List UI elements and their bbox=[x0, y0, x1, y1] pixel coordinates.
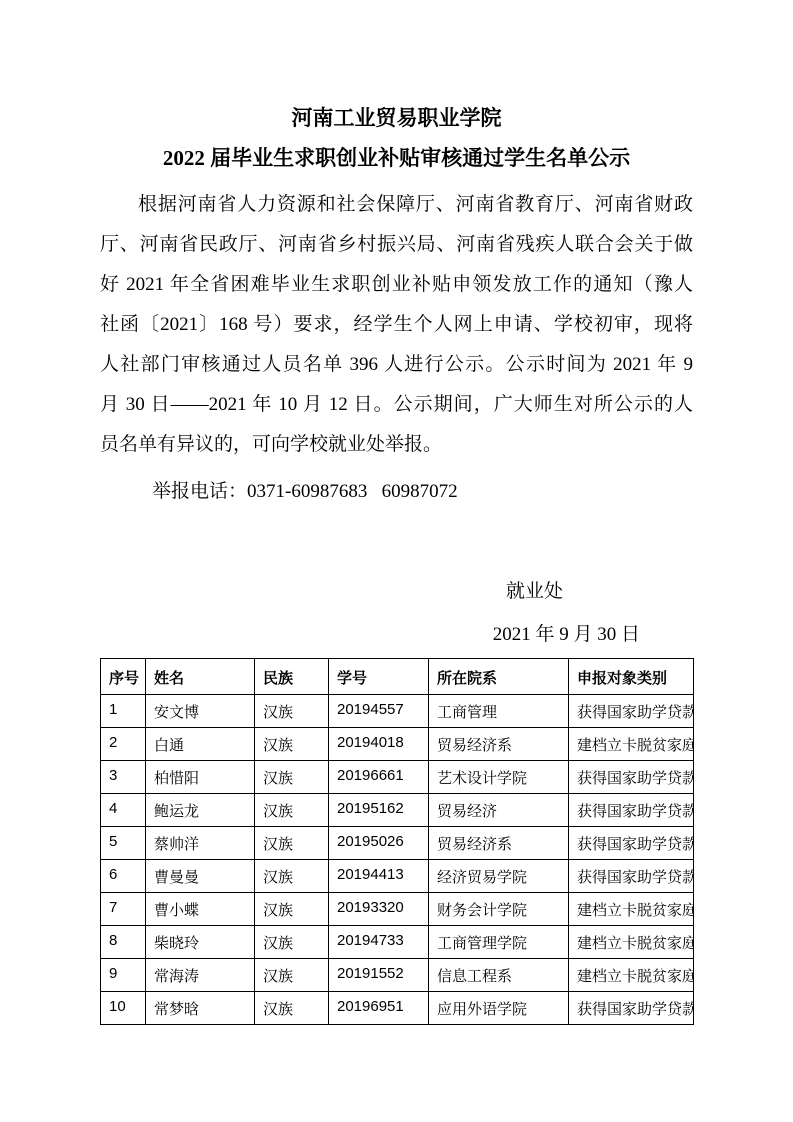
column-header: 所在院系 bbox=[429, 659, 569, 695]
cell-category: 获得国家助学贷款 bbox=[569, 992, 694, 1025]
cell-department: 财务会计学院 bbox=[429, 893, 569, 926]
signature-office: 就业处 bbox=[100, 572, 693, 612]
document-title: 河南工业贸易职业学院 bbox=[100, 0, 693, 138]
table-row: 10常梦晗汉族20196951应用外语学院获得国家助学贷款 bbox=[101, 992, 694, 1025]
document-subtitle: 2022 届毕业生求职创业补贴审核通过学生名单公示 bbox=[100, 138, 693, 178]
table-row: 3柏惜阳汉族20196661艺术设计学院获得国家助学贷款 bbox=[101, 761, 694, 794]
cell-index: 5 bbox=[101, 827, 146, 860]
cell-ethnicity: 汉族 bbox=[255, 860, 329, 893]
cell-student-id: 20194413 bbox=[329, 860, 429, 893]
column-header: 申报对象类别 bbox=[569, 659, 694, 695]
cell-ethnicity: 汉族 bbox=[255, 728, 329, 761]
cell-student-id: 20196661 bbox=[329, 761, 429, 794]
cell-student-id: 20195162 bbox=[329, 794, 429, 827]
cell-student-id: 20194733 bbox=[329, 926, 429, 959]
cell-ethnicity: 汉族 bbox=[255, 761, 329, 794]
cell-department: 经济贸易学院 bbox=[429, 860, 569, 893]
body-line: 社函〔2021〕168 号）要求，经学生个人网上申请、学校初审，现将 bbox=[100, 305, 693, 345]
table-body: 1安文博汉族20194557工商管理获得国家助学贷款2白通汉族20194018贸… bbox=[101, 695, 694, 1025]
cell-name: 鲍运龙 bbox=[146, 794, 255, 827]
cell-student-id: 20191552 bbox=[329, 959, 429, 992]
cell-category: 获得国家助学贷款 bbox=[569, 860, 694, 893]
cell-ethnicity: 汉族 bbox=[255, 827, 329, 860]
table-row: 4鲍运龙汉族20195162贸易经济获得国家助学贷款 bbox=[101, 794, 694, 827]
cell-name: 蔡帅洋 bbox=[146, 827, 255, 860]
cell-name: 柏惜阳 bbox=[146, 761, 255, 794]
cell-category: 获得国家助学贷款 bbox=[569, 827, 694, 860]
cell-student-id: 20194557 bbox=[329, 695, 429, 728]
cell-index: 8 bbox=[101, 926, 146, 959]
body-line: 月 30 日——2021 年 10 月 12 日。公示期间，广大师生对所公示的人 bbox=[100, 385, 693, 425]
cell-ethnicity: 汉族 bbox=[255, 926, 329, 959]
cell-index: 4 bbox=[101, 794, 146, 827]
cell-category: 获得国家助学贷款 bbox=[569, 761, 694, 794]
cell-name: 曹曼曼 bbox=[146, 860, 255, 893]
report-phone-line: 举报电话：0371-60987683 60987072 bbox=[100, 472, 693, 512]
student-roster-table: 序号姓名民族学号所在院系申报对象类别 1安文博汉族20194557工商管理获得国… bbox=[100, 658, 694, 1025]
cell-ethnicity: 汉族 bbox=[255, 959, 329, 992]
cell-category: 建档立卡脱贫家庭 bbox=[569, 728, 694, 761]
cell-index: 2 bbox=[101, 728, 146, 761]
table-row: 7曹小蝶汉族20193320财务会计学院建档立卡脱贫家庭 bbox=[101, 893, 694, 926]
table-row: 9常海涛汉族20191552信息工程系建档立卡脱贫家庭 bbox=[101, 959, 694, 992]
cell-department: 贸易经济 bbox=[429, 794, 569, 827]
body-line: 根据河南省人力资源和社会保障厅、河南省教育厅、河南省财政 bbox=[100, 185, 693, 225]
cell-department: 贸易经济系 bbox=[429, 728, 569, 761]
table-row: 2白通汉族20194018贸易经济系建档立卡脱贫家庭 bbox=[101, 728, 694, 761]
body-line: 人社部门审核通过人员名单 396 人进行公示。公示时间为 2021 年 9 bbox=[100, 345, 693, 385]
cell-department: 贸易经济系 bbox=[429, 827, 569, 860]
signature-date: 2021 年 9 月 30 日 bbox=[100, 615, 693, 655]
cell-department: 工商管理学院 bbox=[429, 926, 569, 959]
cell-student-id: 20196951 bbox=[329, 992, 429, 1025]
table-row: 6曹曼曼汉族20194413经济贸易学院获得国家助学贷款 bbox=[101, 860, 694, 893]
column-header: 民族 bbox=[255, 659, 329, 695]
body-line: 好 2021 年全省困难毕业生求职创业补贴申领发放工作的通知（豫人 bbox=[100, 265, 693, 305]
cell-department: 艺术设计学院 bbox=[429, 761, 569, 794]
cell-ethnicity: 汉族 bbox=[255, 992, 329, 1025]
cell-student-id: 20194018 bbox=[329, 728, 429, 761]
table-row: 8柴晓玲汉族20194733工商管理学院建档立卡脱贫家庭 bbox=[101, 926, 694, 959]
cell-category: 建档立卡脱贫家庭 bbox=[569, 959, 694, 992]
table-row: 1安文博汉族20194557工商管理获得国家助学贷款 bbox=[101, 695, 694, 728]
cell-department: 应用外语学院 bbox=[429, 992, 569, 1025]
cell-ethnicity: 汉族 bbox=[255, 695, 329, 728]
cell-index: 3 bbox=[101, 761, 146, 794]
cell-name: 常梦晗 bbox=[146, 992, 255, 1025]
cell-name: 安文博 bbox=[146, 695, 255, 728]
cell-category: 建档立卡脱贫家庭 bbox=[569, 893, 694, 926]
cell-name: 柴晓玲 bbox=[146, 926, 255, 959]
table-header-row: 序号姓名民族学号所在院系申报对象类别 bbox=[101, 659, 694, 695]
cell-index: 9 bbox=[101, 959, 146, 992]
cell-name: 常海涛 bbox=[146, 959, 255, 992]
cell-ethnicity: 汉族 bbox=[255, 794, 329, 827]
body-line: 员名单有异议的，可向学校就业处举报。 bbox=[100, 425, 693, 465]
document-page: 河南工业贸易职业学院 2022 届毕业生求职创业补贴审核通过学生名单公示 根据河… bbox=[0, 0, 793, 1122]
cell-student-id: 20195026 bbox=[329, 827, 429, 860]
cell-category: 获得国家助学贷款 bbox=[569, 794, 694, 827]
cell-name: 白通 bbox=[146, 728, 255, 761]
cell-student-id: 20193320 bbox=[329, 893, 429, 926]
cell-index: 7 bbox=[101, 893, 146, 926]
cell-ethnicity: 汉族 bbox=[255, 893, 329, 926]
cell-department: 工商管理 bbox=[429, 695, 569, 728]
column-header: 学号 bbox=[329, 659, 429, 695]
cell-index: 10 bbox=[101, 992, 146, 1025]
column-header: 姓名 bbox=[146, 659, 255, 695]
table-row: 5蔡帅洋汉族20195026贸易经济系获得国家助学贷款 bbox=[101, 827, 694, 860]
body-paragraph: 根据河南省人力资源和社会保障厅、河南省教育厅、河南省财政厅、河南省民政厅、河南省… bbox=[100, 185, 693, 465]
cell-category: 获得国家助学贷款 bbox=[569, 695, 694, 728]
cell-index: 1 bbox=[101, 695, 146, 728]
cell-department: 信息工程系 bbox=[429, 959, 569, 992]
cell-name: 曹小蝶 bbox=[146, 893, 255, 926]
column-header: 序号 bbox=[101, 659, 146, 695]
cell-index: 6 bbox=[101, 860, 146, 893]
table-head: 序号姓名民族学号所在院系申报对象类别 bbox=[101, 659, 694, 695]
cell-category: 建档立卡脱贫家庭 bbox=[569, 926, 694, 959]
body-line: 厅、河南省民政厅、河南省乡村振兴局、河南省残疾人联合会关于做 bbox=[100, 225, 693, 265]
